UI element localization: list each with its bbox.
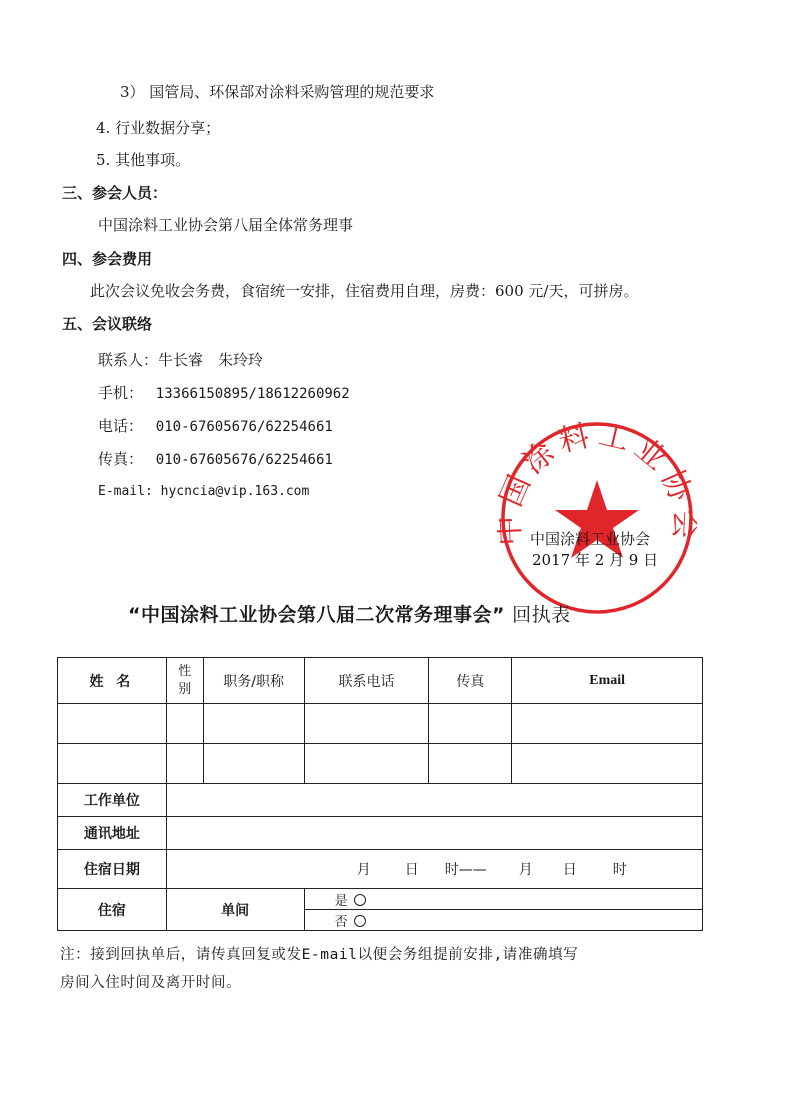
note-line-1: 注：接到回执单后，请传真回复或发E-mail以便会务组提前安排,请准确填写 [60, 945, 578, 965]
address-input-cell[interactable] [166, 817, 702, 850]
fax-label: 传真： [98, 450, 143, 468]
name-input-cell[interactable] [58, 744, 167, 784]
yes-label: 是 [335, 894, 348, 909]
hour-start-label: 时—— [445, 859, 519, 879]
header-phone: 联系电话 [304, 658, 429, 704]
header-name: 姓 名 [58, 658, 167, 704]
contact-persons: 联系人：牛长睿 朱玲玲 [98, 350, 263, 370]
email-label: E-mail: [98, 484, 153, 499]
employer-label: 工作单位 [58, 784, 167, 817]
seal-date: 2017 年 2 月 9 日 [532, 549, 658, 570]
stay-dates-row: 住宿日期 月日时——月日时 [58, 850, 703, 889]
section-attendees-body: 中国涂料工业协会第八届全体常务理事 [98, 215, 353, 235]
phone-input-cell[interactable] [304, 744, 429, 784]
mobile-value: 13366150895/18612260962 [156, 386, 350, 402]
phone-label: 电话： [98, 417, 143, 435]
hour-end-label: 时 [613, 859, 627, 879]
email-input-cell[interactable] [512, 744, 703, 784]
no-label: 否 [335, 915, 348, 930]
phone-value: 010-67605676/62254661 [156, 419, 333, 435]
month-start-label: 月 [357, 859, 405, 879]
day-start-label: 日 [405, 859, 445, 879]
gender-input-cell[interactable] [166, 704, 203, 744]
header-position: 职务/职称 [203, 658, 304, 704]
position-input-cell[interactable] [203, 744, 304, 784]
single-room-no-option[interactable]: 否 [304, 910, 702, 931]
contact-phone: 电话： 010-67605676/62254661 [98, 416, 333, 437]
stay-dates-input-cell[interactable]: 月日时——月日时 [166, 850, 702, 889]
note-line-2: 房间入住时间及离开时间。 [60, 973, 241, 993]
agenda-item-5: 5. 其他事项。 [96, 150, 190, 170]
receipt-form-title-main: “中国涂料工业协会第八届二次常务理事会” [128, 604, 505, 626]
agenda-item-4: 4. 行业数据分享； [96, 118, 220, 138]
email-value: hycncia@vip.163.com [161, 484, 310, 499]
contact-label: 联系人： [98, 351, 158, 369]
month-end-label: 月 [519, 859, 563, 879]
address-row: 通讯地址 [58, 817, 703, 850]
receipt-form-title: “中国涂料工业协会第八届二次常务理事会” 回执表 [128, 600, 571, 627]
employer-row: 工作单位 [58, 784, 703, 817]
section-contact-heading: 五、会议联络 [62, 314, 152, 334]
receipt-form-title-tail: 回执表 [512, 604, 571, 626]
table-header-row: 姓 名 性别 职务/职称 联系电话 传真 Email [58, 658, 703, 704]
header-fax: 传真 [429, 658, 512, 704]
fax-value: 010-67605676/62254661 [156, 452, 333, 468]
agenda-item-3-sub: 3） 国管局、环保部对涂料采购管理的规范要求 [120, 82, 434, 102]
gender-input-cell[interactable] [166, 744, 203, 784]
header-gender: 性别 [166, 658, 203, 704]
contact-email: E-mail: hycncia@vip.163.com [98, 482, 309, 502]
lodging-label: 住宿 [58, 889, 167, 931]
table-row [58, 744, 703, 784]
radio-circle-icon[interactable] [354, 894, 366, 906]
header-email: Email [512, 658, 703, 704]
fax-input-cell[interactable] [429, 704, 512, 744]
email-input-cell[interactable] [512, 704, 703, 744]
mobile-label: 手机： [98, 384, 143, 402]
position-input-cell[interactable] [203, 704, 304, 744]
day-end-label: 日 [563, 859, 613, 879]
phone-input-cell[interactable] [304, 704, 429, 744]
lodging-row-yes: 住宿 单间 是 [58, 889, 703, 910]
section-attendees-heading: 三、参会人员： [62, 183, 167, 203]
name-input-cell[interactable] [58, 704, 167, 744]
seal-org-name: 中国涂料工业协会 [530, 528, 650, 549]
radio-circle-icon[interactable] [354, 915, 366, 927]
fax-input-cell[interactable] [429, 744, 512, 784]
contact-fax: 传真： 010-67605676/62254661 [98, 449, 333, 470]
contact-names: 牛长睿 朱玲玲 [158, 351, 263, 369]
official-seal-stamp: 中国涂料工业协会 [497, 418, 697, 618]
section-fees-body: 此次会议免收会务费，食宿统一安排，住宿费用自理，房费：600 元/天，可拼房。 [90, 281, 638, 301]
single-room-yes-option[interactable]: 是 [304, 889, 702, 910]
stay-dates-label: 住宿日期 [58, 850, 167, 889]
contact-mobile: 手机： 13366150895/18612260962 [98, 383, 350, 404]
receipt-form-table: 姓 名 性别 职务/职称 联系电话 传真 Email 工作单位 通讯地址 住宿日… [57, 657, 703, 931]
section-fees-heading: 四、参会费用 [62, 249, 152, 269]
employer-input-cell[interactable] [166, 784, 702, 817]
single-room-label: 单间 [166, 889, 304, 931]
address-label: 通讯地址 [58, 817, 167, 850]
table-row [58, 704, 703, 744]
